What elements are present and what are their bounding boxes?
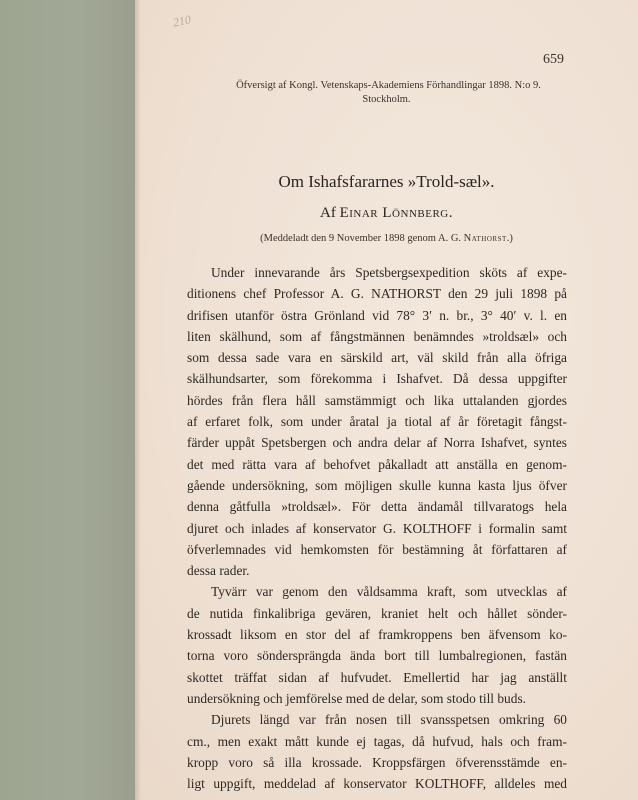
text-line: drifisen utanför östra Grönland vid 78° … <box>187 305 567 326</box>
text-line: skottet träffat sidan af hufvudet. Emell… <box>187 667 567 688</box>
paragraph-2: Tyvärr var genom den våldsamma kraft, so… <box>187 581 567 709</box>
communicated-note: (Meddeladt den 9 November 1898 genom A. … <box>135 233 638 244</box>
text-line: de nutida finkalibriga gevären, kraniet … <box>187 603 567 624</box>
text-line: gående undersökning, som möjligen skulle… <box>187 475 567 496</box>
text-line: denna gåtfulla »troldsæl». För detta änd… <box>187 496 567 517</box>
text-line: som dessa sade vara en särskild art, väl… <box>187 347 567 368</box>
paragraph-1: Under innevarande års Spetsbergsexpediti… <box>187 262 567 581</box>
pencil-annotation: 210 <box>172 12 193 30</box>
text-line: Tyvärr var genom den våldsamma kraft, so… <box>187 581 567 602</box>
text-line: af erfaret folk, som under åratal ja tio… <box>187 411 567 432</box>
text-line: kropp voro så illa krossade. Kroppsfärge… <box>187 752 567 773</box>
communicator-name: Nathorst <box>464 233 507 244</box>
text-line: ligt uppgift, meddelad af konservator KO… <box>187 773 567 794</box>
text-line: det med rätta vara af behofvet påkalladt… <box>187 454 567 475</box>
text-line: Under innevarande års Spetsbergsexpediti… <box>187 262 567 283</box>
text-line: Djurets längd var från nosen till svanss… <box>187 709 567 730</box>
journal-header: Öfversigt af Kongl. Vetenskaps-Akademien… <box>135 79 638 107</box>
journal-title: Öfversigt af Kongl. Vetenskaps-Akademien… <box>135 79 638 93</box>
text-line: öfverlemnades vid hemkomsten för bestämn… <box>187 539 567 560</box>
text-line: liten skälhund, som af fångstmännen benä… <box>187 326 567 347</box>
page-number: 659 <box>543 52 564 68</box>
article-title: Om Ishafsfararnes »Trold-sæl». <box>135 172 638 192</box>
journal-location: Stockholm. <box>362 94 410 105</box>
text-line: djuret och inlades af konservator G. KOL… <box>187 518 567 539</box>
document-page: 210 659 Öfversigt af Kongl. Vetenskaps-A… <box>135 0 638 800</box>
text-line: cm., men exakt mått kunde ej tagas, då h… <box>187 731 567 752</box>
communicated-prefix: (Meddeladt den 9 November 1898 genom A. … <box>260 233 461 244</box>
text-line: ditionens chef Professor A. G. NATHORST … <box>187 283 567 304</box>
text-line: torna voro söndersprängda ända bort till… <box>187 645 567 666</box>
author-prefix: Af <box>320 205 336 221</box>
text-line: hördes från flera håll samstämmigt och l… <box>187 390 567 411</box>
paragraph-3: Djurets längd var från nosen till svanss… <box>187 709 567 794</box>
text-line: färder uppåt Spetsbergen och andra delar… <box>187 432 567 453</box>
book-binding-edge <box>0 0 135 800</box>
text-line: undersökning och jemförelse med de delar… <box>187 688 567 709</box>
communicated-suffix: .) <box>507 233 513 244</box>
article-body: Under innevarande års Spetsbergsexpediti… <box>187 262 567 794</box>
author-name: Einar Lönnberg. <box>340 205 453 221</box>
text-line: krossadt liksom en stor del af framkropp… <box>187 624 567 645</box>
text-line: dessa rader. <box>187 560 567 581</box>
article-author: Af Einar Lönnberg. <box>135 205 638 222</box>
text-line: skälhundsarter, som förekomma i Ishafvet… <box>187 368 567 389</box>
